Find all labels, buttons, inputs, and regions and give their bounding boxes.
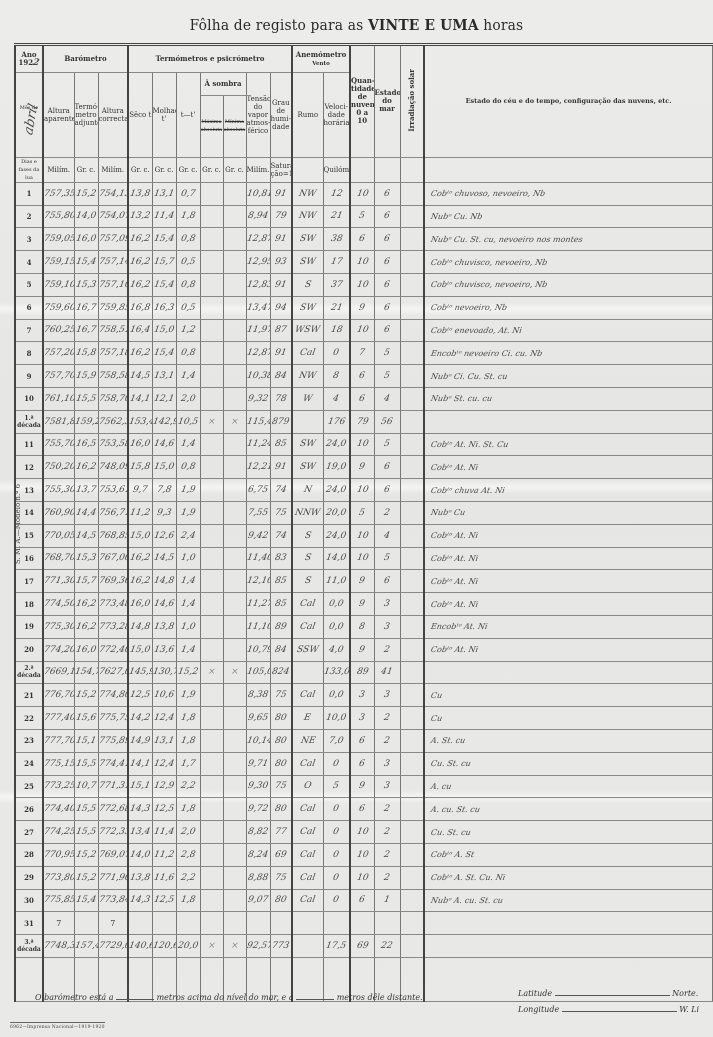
cell-rumo: SSW [292, 638, 323, 661]
cell-term: 15,2 [74, 866, 98, 889]
cell-min [223, 433, 246, 456]
observation-text: Cobᵗᵒ At. Ni [430, 600, 479, 609]
cell-tens: 10,79 [246, 638, 270, 661]
observation-text: Cobᵗᵒ At. Ni [430, 531, 479, 540]
cell-value: 16,2 [129, 257, 151, 267]
cell-min [223, 479, 246, 502]
cell-seco: 15,0 [128, 524, 152, 547]
cell-value: 12,95 [246, 257, 270, 267]
cell-alt-ap: 759,60 [43, 296, 74, 319]
cell-min [223, 273, 246, 296]
cell-mar: 6 [374, 273, 400, 296]
cell-value: 9,7 [132, 485, 148, 495]
cell-value: 12,1 [153, 394, 175, 404]
cell-alt-c: 753,61 [98, 479, 128, 502]
cell-value: 15,0 [129, 531, 151, 541]
cell-irr [400, 501, 424, 524]
cell-min [223, 615, 246, 638]
cell-grau: 83 [270, 547, 292, 570]
cell-alt-ap: 760,90 [43, 501, 74, 524]
cell-term: 15,6 [74, 707, 98, 730]
cell-value: Cal [299, 759, 316, 769]
cell-term: 15,2 [74, 843, 98, 866]
cell-max [200, 387, 223, 410]
cell-value: 760,25 [43, 325, 74, 335]
cell-value: 89 [274, 622, 287, 632]
cell-mar: 41 [374, 661, 400, 684]
cell-nuv: 6 [350, 752, 374, 775]
cell-value: SW [299, 234, 316, 244]
cell-mar: 2 [374, 821, 400, 844]
cell-value: 1,8 [180, 804, 196, 814]
cell-value: 6,75 [247, 485, 269, 495]
cell-min [223, 228, 246, 251]
cell-mar: 2 [374, 843, 400, 866]
cell-max [200, 775, 223, 798]
cell-alt-ap: 776,70 [43, 684, 74, 707]
cell-value: 774,41 [98, 759, 128, 769]
cell-value: 11,4 [153, 827, 175, 837]
cell-nuv: 7 [350, 342, 374, 365]
cell-irr [400, 889, 424, 912]
cell-value: 759,85 [98, 303, 128, 313]
observation-text: Cobᵗᵒ nevoeiro, Nb [430, 303, 508, 312]
cell-value: 6 [359, 895, 366, 905]
cell-value: Cal [299, 873, 316, 883]
cell-mar: 2 [374, 729, 400, 752]
cell-alt-c: 769,36 [98, 570, 128, 593]
cell-observation: Cobᵗᵒ At. Ni [424, 638, 712, 661]
table-row: 20774,2016,0772,4015,013,61,410,7984SSW4… [15, 638, 713, 661]
cell-grau: 75 [270, 501, 292, 524]
cell-diff: 0,8 [176, 342, 200, 365]
cell-value: 11,6 [153, 873, 175, 883]
cell-value: E [304, 713, 312, 723]
cell-vel: 14,0 [323, 547, 350, 570]
imprint: 6962—Imprensa Nacional—1919-1920 [10, 1022, 105, 1030]
title-hour: VINTE E UMA [368, 16, 479, 34]
cell-irr [400, 866, 424, 889]
cell-tens: 9,30 [246, 775, 270, 798]
cell-value: 1,2 [180, 325, 196, 335]
cell-alt-c: 758,51 [98, 319, 128, 342]
cell-alt-c: 771,31 [98, 775, 128, 798]
cell-vel: 0 [323, 342, 350, 365]
cell-nuv: 3 [350, 684, 374, 707]
cell-value: 14,0 [75, 211, 97, 221]
cell-value: Cal [299, 804, 316, 814]
day-number: 8 [15, 342, 43, 365]
cell-rumo: Cal [292, 889, 323, 912]
day-number: 3 [15, 228, 43, 251]
table-row: 1757,3515,2754,1313,813,10,710,8191NW121… [15, 182, 713, 205]
cell-value: 10,5 [177, 417, 199, 427]
cell-observation: Cobᵗᵒ chuvisco, nevoeiro, Nb [424, 273, 712, 296]
cell-value: 78 [274, 394, 287, 404]
cell-value: 14,3 [129, 895, 151, 905]
cell-tens: 11,10 [246, 615, 270, 638]
cell-rumo: SW [292, 251, 323, 274]
cell-irr [400, 729, 424, 752]
cell-alt-ap: 7669,13 [43, 661, 74, 684]
cell-tens: 11,97 [246, 319, 270, 342]
cell-max [200, 684, 223, 707]
cell-value: 5 [383, 439, 390, 449]
cell-seco: 16,8 [128, 296, 152, 319]
day-number: 6 [15, 296, 43, 319]
cell-value: 2,0 [180, 827, 196, 837]
cell-alt-c: 757,18 [98, 342, 128, 365]
cell-max [200, 501, 223, 524]
cell-value: 15,7 [75, 576, 97, 586]
cell-value: 757,18 [98, 348, 128, 358]
cell-vel: 0 [323, 798, 350, 821]
cell-value: 14,0 [325, 553, 347, 563]
cell-molh: 15,0 [152, 456, 176, 479]
cell-max [200, 296, 223, 319]
cell-mar: 2 [374, 798, 400, 821]
cell-mar: 6 [374, 228, 400, 251]
cell-value: 142,9 [152, 417, 176, 427]
cell-term: 15,7 [74, 570, 98, 593]
cell-value: 777,70 [43, 736, 74, 746]
observation-text: A. cu. St. cu [430, 805, 481, 814]
cell-irr [400, 684, 424, 707]
cell-rumo: S [292, 570, 323, 593]
cell-irr [400, 775, 424, 798]
cell-mar: 3 [374, 775, 400, 798]
cell-nuv: 9 [350, 296, 374, 319]
cell-seco: 13,8 [128, 182, 152, 205]
cell-value: 11,24 [246, 439, 270, 449]
header-irradiacao: Irradiação solar [400, 45, 424, 158]
cell-alt-ap: 775,30 [43, 615, 74, 638]
cell-diff [176, 912, 200, 935]
cell-value: 768,70 [43, 553, 74, 563]
day-number: 7 [15, 319, 43, 342]
cell-value: 6 [383, 189, 390, 199]
table-row: 21776,7015,2774,8012,510,61,98,3875Cal0,… [15, 684, 713, 707]
cell-vel: 7,0 [323, 729, 350, 752]
cell-value: 769,07 [98, 850, 128, 860]
cell-vel: 0 [323, 843, 350, 866]
cell-tens: 9,07 [246, 889, 270, 912]
cell-tens: 12,21 [246, 456, 270, 479]
cell-value: SSW [296, 645, 319, 655]
observation-text: Cobᵗᵒ chuvisco, nevoeiro, Nb [430, 280, 548, 289]
cell-value: 16,2 [129, 348, 151, 358]
cell-value: 774,25 [43, 827, 74, 837]
cell-rumo: W [292, 387, 323, 410]
table-row: 29773,8015,2771,9013,811,62,28,8875Cal01… [15, 866, 713, 889]
day-number: 19 [15, 615, 43, 638]
cell-diff: 2,8 [176, 843, 200, 866]
cell-value: 0 [333, 804, 340, 814]
cell-value: 15,0 [153, 462, 175, 472]
day-number: 26 [15, 798, 43, 821]
cell-value: 773,84 [98, 895, 128, 905]
distance-blank[interactable] [296, 991, 334, 1000]
cell-max [200, 251, 223, 274]
cell-irr [400, 524, 424, 547]
unit-label: Quilóm. [323, 157, 350, 182]
header-rumo: Rumo [292, 73, 323, 158]
cell-observation: Cu [424, 684, 712, 707]
cell-value: Cal [299, 348, 316, 358]
day-number: 9 [15, 365, 43, 388]
cell-alt-ap: 777,40 [43, 707, 74, 730]
cell-max [200, 433, 223, 456]
cell-value: 754,13 [98, 189, 128, 199]
cell-value: 0,8 [180, 462, 196, 472]
cell-molh: 15,7 [152, 251, 176, 274]
cell-term: 15,2 [74, 684, 98, 707]
cell-value: 4 [333, 394, 340, 404]
year-handwritten: 2 [32, 59, 40, 67]
cell-value: 15,4 [153, 348, 175, 358]
cell-value: 16,3 [153, 303, 175, 313]
title-suffix: horas [483, 16, 523, 34]
cell-irr [400, 798, 424, 821]
cell-observation: Cobᵗᵒ At. Ni [424, 547, 712, 570]
table-row: 8757,2015,8757,1816,215,40,812,8791Cal07… [15, 342, 713, 365]
cell-irr [400, 342, 424, 365]
observation-text: Cu [430, 714, 443, 723]
cell-value: × [207, 667, 216, 677]
cell-alt-c: 772,40 [98, 638, 128, 661]
cell-min [223, 365, 246, 388]
cell-tens: 10,14 [246, 729, 270, 752]
cell-molh: 15,4 [152, 342, 176, 365]
cell-mar: 5 [374, 365, 400, 388]
altitude-blank[interactable] [116, 991, 154, 1000]
cell-irr [400, 296, 424, 319]
cell-value: 761,10 [43, 394, 74, 404]
cell-vel: 4 [323, 387, 350, 410]
cell-value: 80 [274, 895, 287, 905]
cell-nuv: 9 [350, 775, 374, 798]
cell-value: 91 [274, 234, 287, 244]
decade-label: 2.ª década [15, 661, 43, 684]
cell-value: 91 [274, 189, 287, 199]
cell-term: 15,5 [74, 752, 98, 775]
longitude-blank[interactable] [562, 1003, 677, 1012]
cell-value: 13,7 [75, 485, 97, 495]
cell-value: 7729,08 [98, 941, 128, 951]
cell-value: 1,8 [180, 736, 196, 746]
cell-alt-c: 754,13 [98, 182, 128, 205]
cell-irr [400, 182, 424, 205]
cell-value: 11,4 [153, 211, 175, 221]
latitude-blank[interactable] [555, 987, 670, 996]
day-number: 14 [15, 501, 43, 524]
cell-tens [246, 912, 270, 935]
cell-value: 14,6 [153, 599, 175, 609]
cell-value: 8,88 [247, 873, 269, 883]
cell-value: 15,1 [129, 781, 151, 791]
cell-value: 87 [274, 325, 287, 335]
cell-min [223, 866, 246, 889]
cell-term: 16,2 [74, 593, 98, 616]
cell-molh: 7,8 [152, 479, 176, 502]
cell-value: 11,10 [246, 622, 270, 632]
cell-grau: 69 [270, 843, 292, 866]
cell-tens: 9,72 [246, 798, 270, 821]
cell-rumo: O [292, 775, 323, 798]
cell-value: 748,09 [98, 462, 128, 472]
cell-irr [400, 433, 424, 456]
cell-value: × [207, 941, 216, 951]
cell-value: 84 [274, 645, 287, 655]
header-mar: Estado do mar [374, 45, 400, 158]
cell-value: × [207, 417, 216, 427]
header-tensao: Tensão do vapor atmos-férico [246, 73, 270, 158]
unit-label: Milím. [246, 157, 270, 182]
cell-value: 12,10 [246, 576, 270, 586]
cell-molh [152, 912, 176, 935]
cell-alt-c: 758,70 [98, 387, 128, 410]
cell-diff: 20,0 [176, 935, 200, 958]
cell-value: 9 [359, 781, 366, 791]
cell-alt-c: 758,58 [98, 365, 128, 388]
cell-diff: 1,4 [176, 433, 200, 456]
cell-value: 74 [274, 485, 287, 495]
cell-tens: 13,47 [246, 296, 270, 319]
cell-diff: 1,7 [176, 752, 200, 775]
cell-value: Cal [299, 690, 316, 700]
cell-mar: 22 [374, 935, 400, 958]
cell-alt-ap: 7581,80 [43, 410, 74, 433]
cell-rumo: Cal [292, 752, 323, 775]
cell-diff: 1,9 [176, 684, 200, 707]
cell-value: 755,30 [43, 485, 74, 495]
cell-alt-c: 772,33 [98, 821, 128, 844]
table-row: 5759,1015,3757,1016,215,40,812,8391S3710… [15, 273, 713, 296]
cell-rumo [292, 410, 323, 433]
day-number: 4 [15, 251, 43, 274]
cell-value: NW [298, 371, 317, 381]
cell-value: 115,49 [246, 417, 270, 427]
cell-rumo: NNW [292, 501, 323, 524]
cell-value: 2,8 [180, 850, 196, 860]
cell-alt-c: 774,80 [98, 684, 128, 707]
cell-term: 16,7 [74, 296, 98, 319]
register-rows: 1757,3515,2754,1313,813,10,710,8191NW121… [15, 182, 713, 1001]
cell-value: 15,5 [75, 804, 97, 814]
cell-seco [128, 912, 152, 935]
cell-value: 15,2 [75, 189, 97, 199]
cell-irr [400, 456, 424, 479]
cell-value: 15,1 [75, 736, 97, 746]
cell-value: 750,20 [43, 462, 74, 472]
cell-value: 0 [333, 850, 340, 860]
cell-vel: 17 [323, 251, 350, 274]
cell-value: 772,33 [98, 827, 128, 837]
cell-mar [374, 912, 400, 935]
cell-value: 16,2 [75, 599, 97, 609]
cell-nuv: 10 [350, 866, 374, 889]
cell-alt-c: 773,48 [98, 593, 128, 616]
cell-observation: A. St. cu [424, 729, 712, 752]
cell-max [200, 479, 223, 502]
cell-value: 14,0 [129, 850, 151, 860]
day-number: 18 [15, 593, 43, 616]
cell-alt-ap: 755,70 [43, 433, 74, 456]
cell-nuv: 9 [350, 570, 374, 593]
cell-rumo: SW [292, 228, 323, 251]
cell-value: 3 [383, 622, 390, 632]
table-row: 12750,2016,2748,0915,815,00,812,2191SW19… [15, 456, 713, 479]
cell-value: O [303, 781, 312, 791]
cell-value: 1,8 [180, 211, 196, 221]
cell-value: 16,2 [75, 622, 97, 632]
cell-value: SW [299, 257, 316, 267]
cell-value: S [304, 531, 312, 541]
cell-term: 15,4 [74, 889, 98, 912]
header-molhado: Molhado t' [152, 73, 176, 158]
cell-tens: 7,55 [246, 501, 270, 524]
cell-vel: 19,0 [323, 456, 350, 479]
cell-min [223, 752, 246, 775]
cell-molh: 11,6 [152, 866, 176, 889]
cell-alt-c: 757,10 [98, 273, 128, 296]
cell-alt-c: 769,07 [98, 843, 128, 866]
cell-alt-c: 773,84 [98, 889, 128, 912]
cell-min [223, 684, 246, 707]
cell-max [200, 365, 223, 388]
cell-molh: 11,4 [152, 205, 176, 228]
cell-value: 0 [333, 759, 340, 769]
cell-seco: 11,2 [128, 501, 152, 524]
cell-value: 774,80 [98, 690, 128, 700]
cell-value: 0,7 [180, 189, 196, 199]
cell-value: 1,4 [180, 439, 196, 449]
cell-max: × [200, 935, 223, 958]
cell-value: S [304, 576, 312, 586]
cell-value: SW [299, 462, 316, 472]
cell-value: 6 [383, 485, 390, 495]
cell-value: 1,4 [180, 371, 196, 381]
cell-tens: 9,71 [246, 752, 270, 775]
cell-value: 56 [380, 417, 393, 427]
cell-value: 6 [383, 211, 390, 221]
cell-value: 12,83 [246, 280, 270, 290]
cell-value: 15,4 [153, 280, 175, 290]
cell-molh: 12,9 [152, 775, 176, 798]
cell-max [200, 798, 223, 821]
day-number: 30 [15, 889, 43, 912]
cell-value: 6 [359, 394, 366, 404]
cell-min [223, 570, 246, 593]
cell-value: 91 [274, 462, 287, 472]
day-number: 15 [15, 524, 43, 547]
cell-value: 13,1 [153, 736, 175, 746]
cell-seco: 14,8 [128, 615, 152, 638]
cell-value: 0,0 [328, 690, 344, 700]
cell-alt-c: 774,41 [98, 752, 128, 775]
cell-vel: 0,0 [323, 615, 350, 638]
cell-value: 7627,04 [98, 667, 128, 677]
cell-value: 12,6 [153, 531, 175, 541]
cell-mar: 6 [374, 182, 400, 205]
cell-value: 14,8 [153, 576, 175, 586]
cell-value: 75 [274, 873, 287, 883]
table-row: 13755,3013,7753,619,77,81,96,7574N24,010… [15, 479, 713, 502]
cell-min [223, 501, 246, 524]
cell-seco: 16,0 [128, 593, 152, 616]
cell-alt-c: 748,09 [98, 456, 128, 479]
cell-value: 15,7 [153, 257, 175, 267]
